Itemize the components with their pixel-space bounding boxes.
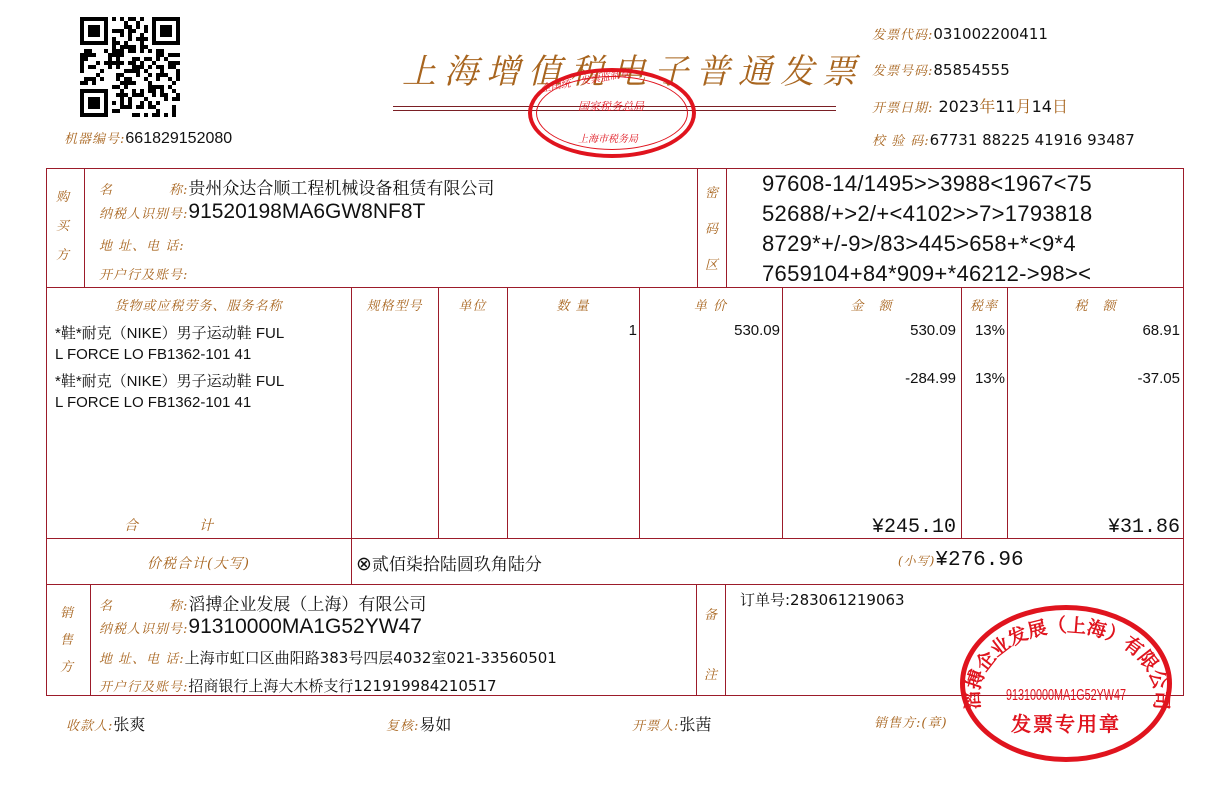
buyer-name: 名 称:贵州众达合顺工程机械设备租赁有限公司 [99,174,494,199]
payee: 收款人:张爽 [66,712,145,735]
col-header-qty: 数 量 [507,295,639,314]
seller-name-label: 名 称: [99,599,188,614]
reviewer-value: 易如 [419,715,451,734]
issue-date-day: 14 [1032,97,1052,116]
drawer: 开票人:张茜 [632,712,711,735]
seller-name-value: 滔搏企业发展（上海）有限公司 [188,595,426,615]
subtotal-label: 合 计 [124,515,214,535]
seller-char-3: 方 [60,656,73,675]
item-1-name-line2: L FORCE LO FB1362-101 41 [55,346,251,363]
buyer-bank-account: 开户行及账号: [99,264,188,283]
invoice-code-label: 发票代码: [872,28,933,43]
subtotal-tax: ¥31.86 [1007,516,1180,539]
seller-seal-text: 滔搏企业发展（上海）有限公司 91310000MA1G52YW47 发票专用章 [960,605,1172,762]
remarks-char-2: 注 [704,664,717,683]
check-code-label: 校 验 码: [872,134,930,149]
password-line-4: 7659104+84*909+*46212->98>< [762,261,1091,287]
year-unit: 年 [979,97,995,116]
col-header-amount: 金 额 [782,295,961,314]
seller-bank-value: 招商银行上海大木桥支行121919984210517 [188,677,496,695]
month-unit: 月 [1016,97,1032,116]
remarks-left-divider [696,584,697,696]
total-figures-label: (小写) [898,554,935,568]
item-1-name-line1: *鞋*耐克（NIKE）男子运动鞋 FUL [55,322,284,343]
item-1-qty: 1 [507,322,637,339]
buyer-section-label: 购 买 方 [56,186,69,263]
item-2-name-line1: *鞋*耐克（NIKE）男子运动鞋 FUL [55,370,284,391]
invoice-code: 发票代码:031002200411 [872,24,1048,43]
buyer-char-3: 方 [56,244,69,263]
password-line-1: 97608-14/1495>>3988<1967<75 [762,171,1092,197]
seller-bank-account: 开户行及账号:招商银行上海大木桥支行121919984210517 [99,675,497,696]
qr-code [80,17,180,117]
remarks-value: 订单号:283061219063 [740,589,905,610]
buyer-tax-id: 纳税人识别号:91520198MA6GW8NF8T [99,200,425,224]
col-header-rate: 税率 [961,295,1007,314]
official-stamp-middle: 国家税务总局 [578,98,644,114]
check-code-value: 67731 88225 41916 93487 [930,131,1135,149]
item-2-tax: -37.05 [1007,370,1180,387]
invoice-code-value: 031002200411 [933,25,1048,43]
invoice-number-value: 85854555 [933,61,1009,79]
password-char-1: 密 [705,182,718,218]
total-in-figures: (小写)¥276.96 [898,549,1024,572]
buyer-address-phone: 地 址、电 话: [99,235,185,254]
invoice-number: 发票号码:85854555 [872,60,1010,79]
col-header-spec: 规格型号 [351,295,438,314]
col-header-unit: 单位 [438,295,507,314]
issue-date-month: 11 [995,97,1015,116]
official-stamp-bottom: 上海市税务局 [578,130,638,145]
password-label-divider [726,168,727,287]
seller-label-divider [90,584,91,696]
buyer-bottom-line [46,287,1184,288]
seller-bank-label: 开户行及账号: [99,680,188,695]
payee-label: 收款人: [66,719,113,734]
seller-name: 名 称:滔搏企业发展（上海）有限公司 [99,590,426,615]
reviewer-label: 复核: [386,719,419,734]
issue-date-year: 2023 [938,97,979,116]
machine-number-value: 661829152080 [125,130,232,147]
item-1-rate: 13% [961,322,1005,339]
buyer-bank-label: 开户行及账号: [99,268,188,283]
seller-address-label: 地 址、电 话: [99,652,185,667]
total-in-words-value: 贰佰柒拾陆圆玖角陆分 [372,555,542,575]
item-1-tax: 68.91 [1007,322,1180,339]
issue-date-label: 开票日期: [872,101,933,116]
item-2-amount: -284.99 [782,370,956,387]
item-2-rate: 13% [961,370,1005,387]
password-char-3: 区 [705,254,718,273]
check-code: 校 验 码:67731 88225 41916 93487 [872,130,1135,149]
subtotal-amount: ¥245.10 [782,516,956,539]
svg-text:91310000MA1G52YW47: 91310000MA1G52YW47 [1006,687,1126,704]
seller-char-1: 销 [60,602,73,629]
cross-circle-icon: ⊗ [356,553,372,575]
seller-seal: 销售方:(章) [874,712,948,731]
payee-value: 张爽 [113,715,145,734]
drawer-value: 张茜 [679,715,711,734]
buyer-address-label: 地 址、电 话: [99,239,185,254]
invoice-number-label: 发票号码: [872,64,933,79]
total-bottom-line [46,584,1184,585]
seller-address-value: 上海市虹口区曲阳路383号四层4032室021-33560501 [185,649,557,667]
total-words-label: 价税合计(大写) [46,553,351,573]
remarks-section-label: 备 注 [704,604,717,683]
buyer-char-2: 买 [56,215,69,244]
item-2-name-line2: L FORCE LO FB1362-101 41 [55,394,251,411]
seller-section-label: 销 售 方 [60,602,73,675]
password-line-3: 8729*+/-9>/83>445>658+*<9*4 [762,231,1076,257]
item-1-amount: 530.09 [782,322,956,339]
item-1-price: 530.09 [639,322,780,339]
password-char-2: 码 [705,218,718,254]
col-header-tax: 税 额 [1007,295,1184,314]
buyer-label-divider [84,168,85,287]
buyer-name-label: 名 称: [99,183,188,198]
remarks-label-divider [725,584,726,696]
seller-seal-label: 销售方:(章) [874,716,948,731]
total-in-words: ⊗贰佰柒拾陆圆玖角陆分 [356,550,542,575]
remarks-char-1: 备 [704,604,717,664]
col-header-name: 货物或应税劳务、服务名称 [46,295,351,314]
seller-tax-id: 纳税人识别号:91310000MA1G52YW47 [99,615,422,639]
password-line-2: 52688/+>2/+<4102>>7>1793818 [762,201,1093,227]
password-left-divider [697,168,698,287]
col-header-price: 单 价 [639,295,782,314]
machine-number-label: 机器编号: [64,132,125,147]
buyer-tax-id-label: 纳税人识别号: [99,207,188,222]
seller-tax-id-label: 纳税人识别号: [99,622,188,637]
buyer-tax-id-value: 91520198MA6GW8NF8T [188,200,425,223]
col-divider-2 [438,287,439,538]
total-figures-value: ¥276.96 [935,549,1023,572]
day-unit: 日 [1052,97,1068,116]
issue-date: 开票日期: 2023年11月14日 [872,94,1068,117]
password-area-label: 密 码 区 [705,182,718,273]
reviewer: 复核:易如 [386,712,451,735]
drawer-label: 开票人: [632,719,679,734]
buyer-char-1: 购 [56,186,69,215]
svg-text:发票专用章: 发票专用章 [1011,712,1121,736]
seller-char-2: 售 [60,629,73,656]
machine-number: 机器编号:661829152080 [64,128,232,148]
col-divider-1 [351,287,352,584]
seller-tax-id-value: 91310000MA1G52YW47 [188,615,422,638]
seller-address-phone: 地 址、电 话:上海市虹口区曲阳路383号四层4032室021-33560501 [99,647,557,668]
buyer-name-value: 贵州众达合顺工程机械设备租赁有限公司 [188,179,494,199]
